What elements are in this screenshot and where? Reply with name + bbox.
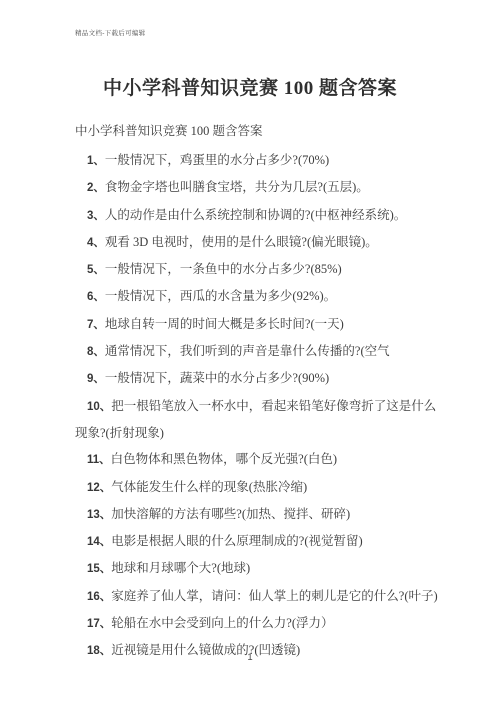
question-item: 13、加快溶解的方法有哪些?(加热、搅拌、研碎) [75,501,439,528]
document-title: 中小学科普知识竞赛 100 题含答案 [0,73,500,100]
question-number: 10、 [87,401,111,413]
question-number: 17、 [87,618,111,630]
question-number: 12、 [87,482,111,494]
page-number: 1 [0,652,500,663]
question-item: 8、通常情况下，我们听到的声音是靠什么传播的?(空气 [75,338,439,365]
question-number: 7、 [87,319,105,331]
question-number: 13、 [87,509,111,521]
question-text: 轮船在水中会受到向上的什么力?(浮力） [111,616,333,630]
question-item: 1、一般情况下，鸡蛋里的水分占多少?(70%) [75,147,439,174]
question-text: 白色物体和黑色物体，哪个反光强?(白色) [111,452,337,466]
question-item: 4、观看 3D 电视时，使用的是什么眼镜?(偏光眼镜)。 [75,229,439,256]
question-number: 9、 [87,373,105,385]
watermark-text: 精品文档-下载后可编辑 [75,28,145,37]
question-item: 10、把一根铅笔放入一杯水中，看起来铅笔好像弯折了这是什么现象?(折射现象) [75,393,439,447]
document-page: 精品文档-下载后可编辑 中小学科普知识竞赛 100 题含答案 中小学科普知识竞赛… [0,0,500,707]
question-text: 食物金字塔也叫膳食宝塔，共分为几层?(五层)。 [105,180,369,194]
question-number: 3、 [87,210,105,222]
question-item: 5、一般情况下，一条鱼中的水分占多少?(85%) [75,256,439,283]
question-item: 9、一般情况下，蔬菜中的水分占多少?(90%) [75,365,439,392]
question-text: 一般情况下，一条鱼中的水分占多少?(85%) [105,262,342,276]
question-number: 14、 [87,536,111,548]
question-item: 2、食物金字塔也叫膳食宝塔，共分为几层?(五层)。 [75,174,439,201]
question-text: 电影是根据人眼的什么原理制成的?(视觉暂留) [111,534,362,548]
question-number: 8、 [87,346,105,358]
question-item: 6、一般情况下，西瓜的水含量为多少(92%)。 [75,283,439,310]
question-number: 16、 [87,591,111,603]
question-text: 气体能发生什么样的现象(热胀冷缩) [111,480,307,494]
question-number: 5、 [87,264,105,276]
question-number: 4、 [87,237,105,249]
question-text: 通常情况下，我们听到的声音是靠什么传播的?(空气 [105,344,390,358]
question-text: 把一根铅笔放入一杯水中，看起来铅笔好像弯折了这是什么现象?(折射现象) [75,399,436,440]
question-text: 一般情况下，鸡蛋里的水分占多少?(70%) [105,153,329,167]
question-text: 家庭养了仙人掌，请问：仙人掌上的刺儿是它的什么?(叶子) [111,589,437,603]
question-text: 观看 3D 电视时，使用的是什么眼镜?(偏光眼镜)。 [105,235,378,249]
question-item: 12、气体能发生什么样的现象(热胀冷缩) [75,474,439,501]
question-item: 17、轮船在水中会受到向上的什么力?(浮力） [75,610,439,637]
question-item: 16、家庭养了仙人掌，请问：仙人掌上的刺儿是它的什么?(叶子) [75,583,439,610]
question-number: 15、 [87,563,111,575]
question-text: 一般情况下，蔬菜中的水分占多少?(90%) [105,371,329,385]
document-subtitle: 中小学科普知识竞赛 100 题含答案 [75,121,263,139]
question-item: 3、人的动作是由什么系统控制和协调的?(中枢神经系统)。 [75,202,439,229]
question-item: 15、地球和月球哪个大?(地球) [75,555,439,582]
question-text: 地球和月球哪个大?(地球) [111,561,250,575]
question-list: 1、一般情况下，鸡蛋里的水分占多少?(70%) 2、食物金字塔也叫膳食宝塔，共分… [75,147,439,665]
question-number: 6、 [87,291,105,303]
question-item: 7、地球自转一周的时间大概是多长时间?(一天) [75,311,439,338]
question-text: 地球自转一周的时间大概是多长时间?(一天) [105,317,344,331]
question-item: 14、电影是根据人眼的什么原理制成的?(视觉暂留) [75,528,439,555]
question-number: 11、 [87,454,111,466]
question-item: 11、白色物体和黑色物体，哪个反光强?(白色) [75,446,439,473]
question-text: 加快溶解的方法有哪些?(加热、搅拌、研碎) [111,507,350,521]
question-text: 一般情况下，西瓜的水含量为多少(92%)。 [105,289,336,303]
question-text: 人的动作是由什么系统控制和协调的?(中枢神经系统)。 [105,208,406,222]
question-number: 1、 [87,155,105,167]
question-number: 2、 [87,182,105,194]
